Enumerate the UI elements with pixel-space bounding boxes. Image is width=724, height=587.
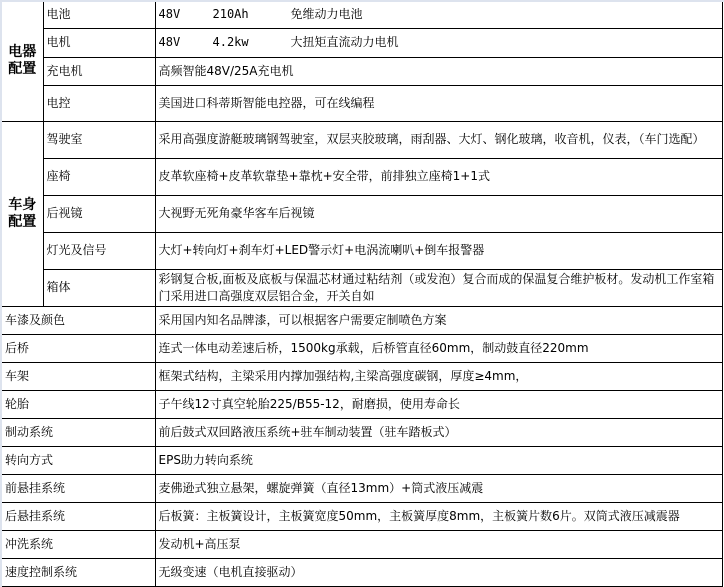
row-label: 座椅 [43,158,155,195]
table-row: 灯光及信号 大灯+转向灯+刹车灯+LED警示灯+电涡流喇叭+倒车报警器 [2,232,722,269]
row-label: 电控 [43,85,155,121]
row-value: 麦佛逊式独立悬架，螺旋弹簧（直径13mm）+筒式液压减震 [155,474,722,502]
table-row: 速度控制系统 无级变速（电机直接驱动） [2,558,722,586]
table-row: 电机 48V4.2kw大扭矩直流动力电机 [2,28,722,57]
group-label-line2: 配置 [2,214,43,231]
voltage-value: 48V [159,34,213,51]
group-label-line2: 配置 [2,61,43,78]
table-row: 转向方式 EPS助力转向系统 [2,446,722,474]
capacity-value: 210Ah [213,6,291,23]
type-value: 免维动力电池 [291,6,363,23]
voltage-value: 48V [159,6,213,23]
row-label: 后视镜 [43,195,155,232]
row-value: 框架式结构，主梁采用内撑加强结构,主梁高强度碳钢，厚度≥4mm， [155,362,722,390]
row-label: 速度控制系统 [2,558,155,586]
table-row: 后桥 连式一体电动差速后桥，1500kg承载，后桥管直径60mm，制动鼓直径22… [2,334,722,362]
row-label: 轮胎 [2,390,155,418]
row-value: 采用高强度游艇玻璃钢驾驶室，双层夹胶玻璃，雨刮器、大灯、钢化玻璃，收音机，仪表，… [155,121,722,158]
group-label-electrical: 电器 配置 [2,2,43,121]
row-label: 车漆及颜色 [2,306,155,334]
table-row: 车漆及颜色 采用国内知名品牌漆，可以根据客户需要定制喷色方案 [2,306,722,334]
table-row: 充电机 高频智能48V/25A充电机 [2,57,722,85]
table-row: 后视镜 大视野无死角豪华客车后视镜 [2,195,722,232]
row-value: 大灯+转向灯+刹车灯+LED警示灯+电涡流喇叭+倒车报警器 [155,232,722,269]
spec-table: 电器 配置 电池 48V210Ah免维动力电池 电机 48V4.2kw大扭矩直流… [2,2,723,587]
row-label: 驾驶室 [43,121,155,158]
row-label: 转向方式 [2,446,155,474]
row-label: 后悬挂系统 [2,502,155,530]
row-value: 无级变速（电机直接驱动） [155,558,722,586]
table-row: 后悬挂系统 后板簧：主板簧设计，主板簧宽度50mm，主板簧厚度8mm，主板簧片数… [2,502,722,530]
row-value: 大视野无死角豪华客车后视镜 [155,195,722,232]
table-row: 电器 配置 电池 48V210Ah免维动力电池 [2,2,722,28]
row-label: 电机 [43,28,155,57]
row-value: 48V4.2kw大扭矩直流动力电机 [155,28,722,57]
row-value: 美国进口科蒂斯智能电控器，可在线编程 [155,85,722,121]
row-label: 制动系统 [2,418,155,446]
row-label: 充电机 [43,57,155,85]
row-value: 前后鼓式双回路液压系统+驻车制动装置（驻车踏板式） [155,418,722,446]
row-value: 后板簧：主板簧设计，主板簧宽度50mm，主板簧厚度8mm，主板簧片数6片。双筒式… [155,502,722,530]
row-label: 后桥 [2,334,155,362]
table-row: 车身 配置 驾驶室 采用高强度游艇玻璃钢驾驶室，双层夹胶玻璃，雨刮器、大灯、钢化… [2,121,722,158]
row-label: 前悬挂系统 [2,474,155,502]
row-value: 48V210Ah免维动力电池 [155,2,722,28]
row-value: 采用国内知名品牌漆，可以根据客户需要定制喷色方案 [155,306,722,334]
table-row: 箱体 彩钢复合板,面板及底板与保温芯材通过粘结剂（或发泡）复合而成的保温复合维护… [2,269,722,306]
table-row: 电控 美国进口科蒂斯智能电控器，可在线编程 [2,85,722,121]
group-label-line1: 车身 [2,197,43,214]
row-label: 灯光及信号 [43,232,155,269]
type-value: 大扭矩直流动力电机 [291,34,399,51]
table-row: 冲洗系统 发动机+高压泵 [2,530,722,558]
row-label: 冲洗系统 [2,530,155,558]
table-row: 轮胎 子午线12寸真空轮胎225/B55-12，耐磨损，使用寿命长 [2,390,722,418]
table-row: 车架 框架式结构，主梁采用内撑加强结构,主梁高强度碳钢，厚度≥4mm， [2,362,722,390]
table-row: 座椅 皮革软座椅+皮革软靠垫+靠枕+安全带，前排独立座椅1+1式 [2,158,722,195]
row-value: 发动机+高压泵 [155,530,722,558]
table-row: 制动系统 前后鼓式双回路液压系统+驻车制动装置（驻车踏板式） [2,418,722,446]
row-value: 彩钢复合板,面板及底板与保温芯材通过粘结剂（或发泡）复合而成的保温复合维护板材。… [155,269,722,306]
table-row: 前悬挂系统 麦佛逊式独立悬架，螺旋弹簧（直径13mm）+筒式液压减震 [2,474,722,502]
row-value: 皮革软座椅+皮革软靠垫+靠枕+安全带，前排独立座椅1+1式 [155,158,722,195]
group-label-body: 车身 配置 [2,121,43,306]
row-value: 连式一体电动差速后桥，1500kg承载，后桥管直径60mm，制动鼓直径220mm [155,334,722,362]
group-label-line1: 电器 [2,44,43,61]
row-label: 车架 [2,362,155,390]
row-value: EPS助力转向系统 [155,446,722,474]
row-value: 高频智能48V/25A充电机 [155,57,722,85]
row-label: 电池 [43,2,155,28]
power-value: 4.2kw [213,34,291,51]
row-value: 子午线12寸真空轮胎225/B55-12，耐磨损，使用寿命长 [155,390,722,418]
row-label: 箱体 [43,269,155,306]
